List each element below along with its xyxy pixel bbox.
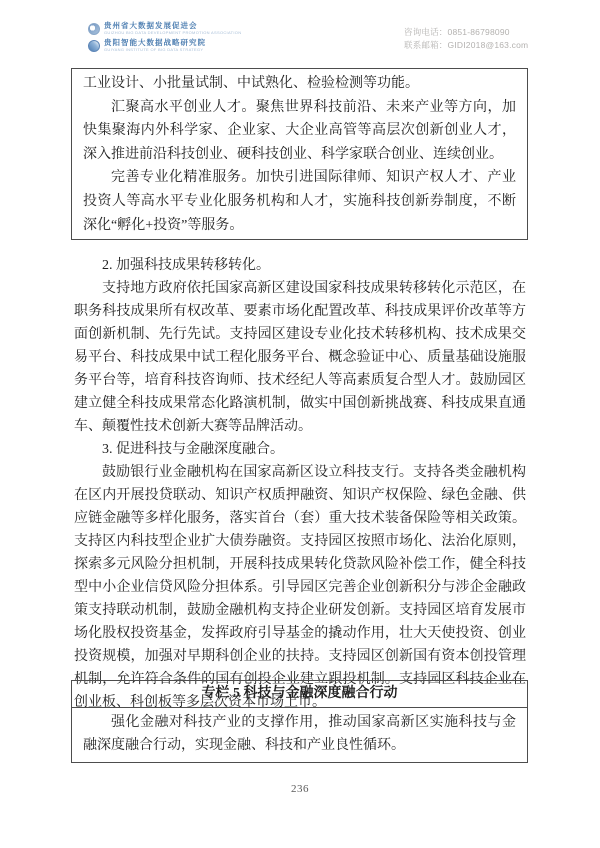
contact-info: 咨询电话：0851-86798090 联系邮箱：GIDI2018@163.com	[404, 26, 528, 52]
main-body: 2. 加强科技成果转移转化。 支持地方政府依托国家高新区建设国家科技成果转移转化…	[74, 254, 526, 714]
column-box-5: 专栏 5 科技与金融深度融合行动 强化金融对科技产业的支撑作用，推动国家高新区实…	[71, 680, 528, 763]
email-label: 联系邮箱：	[404, 40, 448, 50]
box-paragraph: 完善专业化精准服务。加快引进国际律师、知识产权人才、产业投资人等高水平专业化服务…	[83, 166, 516, 237]
institute-logo: 贵阳智能大数据战略研究院 GUIYANG INSTITUTE OF BIG DA…	[88, 39, 241, 52]
phone-label: 咨询电话：	[404, 27, 448, 37]
institute-logo-icon	[88, 40, 100, 52]
institute-logo-name: 贵阳智能大数据战略研究院	[104, 39, 206, 47]
phone-number: 0851-86798090	[448, 27, 510, 37]
item-3-paragraph: 鼓励银行业金融机构在国家高新区设立科技支行。支持各类金融机构在区内开展投贷联动、…	[74, 461, 526, 714]
item-2-title: 2. 加强科技成果转移转化。	[74, 254, 526, 277]
institute-logo-subtext: GUIYANG INSTITUTE OF BIG DATA STRATEGY	[104, 47, 206, 52]
column-box-5-body: 强化金融对科技产业的支撑作用，推动国家高新区实施科技与金融深度融合行动，实现金融…	[72, 708, 527, 762]
document-page: 贵州省大数据发展促进会 GUIZHOU BIG DATA DEVELOPMENT…	[0, 0, 600, 848]
association-logo-icon	[88, 23, 100, 35]
association-logo-name: 贵州省大数据发展促进会	[104, 22, 241, 30]
item-2-paragraph: 支持地方政府依托国家高新区建设国家科技成果转移转化示范区，在职务科技成果所有权改…	[74, 277, 526, 438]
box-paragraph: 汇聚高水平创业人才。聚焦世界科技前沿、未来产业等方向，加快集聚海内外科学家、企业…	[83, 96, 516, 167]
page-number: 236	[0, 783, 600, 795]
page-header: 贵州省大数据发展促进会 GUIZHOU BIG DATA DEVELOPMENT…	[88, 22, 241, 56]
contact-phone-line: 咨询电话：0851-86798090	[404, 26, 528, 39]
contact-email-line: 联系邮箱：GIDI2018@163.com	[404, 39, 528, 52]
column-box-continuation: 工业设计、小批量试制、中试熟化、检验检测等功能。 汇聚高水平创业人才。聚焦世界科…	[71, 68, 528, 240]
box-continuation-line: 工业设计、小批量试制、中试熟化、检验检测等功能。	[83, 72, 516, 96]
column-box-5-title: 专栏 5 科技与金融深度融合行动	[72, 681, 527, 708]
association-logo-subtext: GUIZHOU BIG DATA DEVELOPMENT PROMOTION A…	[104, 30, 241, 35]
item-3-title: 3. 促进科技与金融深度融合。	[74, 438, 526, 461]
email-address: GIDI2018@163.com	[448, 40, 529, 50]
association-logo: 贵州省大数据发展促进会 GUIZHOU BIG DATA DEVELOPMENT…	[88, 22, 241, 35]
